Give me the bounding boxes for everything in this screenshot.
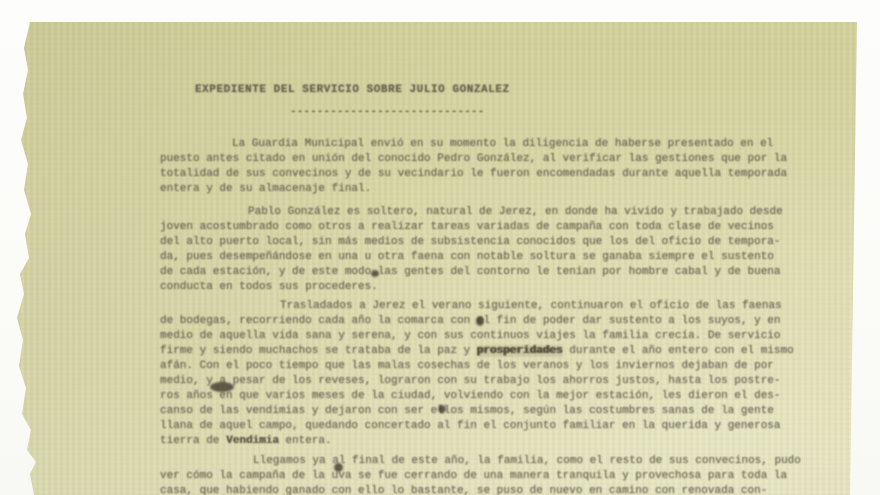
typed-line: del alto puerto local, sin más medios de… (160, 235, 800, 250)
overstruck-word: prosperidades (477, 345, 563, 357)
typed-line: llana de aquel campo, quedando concertad… (160, 419, 800, 434)
ink-blot (438, 405, 446, 413)
typewritten-text: EXPEDIENTE DEL SERVICIO SOBRE JULIO GONZ… (160, 84, 800, 495)
typed-line: ver cómo la campaña de la uva se fue cer… (160, 469, 800, 484)
typed-line: conducta en todos sus procederes. (160, 280, 800, 295)
ink-blot (334, 463, 343, 472)
line-text: entera. (279, 435, 332, 447)
typed-line: medio, y a pesar de los reveses, lograro… (160, 374, 800, 389)
typed-line: puesto antes citado en unión del conocid… (160, 152, 800, 167)
paragraph-4: Llegamos ya al final de este año, la fam… (160, 454, 800, 495)
typed-line: La Guardia Municipal envió en su momento… (232, 137, 800, 152)
typed-line: de cada estación, y de este modo las gen… (160, 265, 800, 280)
typed-line: casa, que habiendo ganado con ello lo ba… (160, 484, 800, 495)
ink-blot (210, 382, 234, 392)
paragraph-2: Pablo González es soltero, natural de Je… (160, 205, 800, 295)
document-title: EXPEDIENTE DEL SERVICIO SOBRE JULIO GONZ… (195, 84, 800, 96)
paragraph-1: La Guardia Municipal envió en su momento… (160, 137, 800, 197)
typed-line: medio de aquella vida sana y serena, y c… (160, 329, 800, 344)
typed-line: ros años en que varios meses de la ciuda… (160, 389, 800, 404)
typed-line: Trasladados a Jerez el verano siguiente,… (280, 299, 800, 314)
ink-blot (371, 270, 379, 277)
typed-line: canso de las vendimias y dejaron con ser… (160, 404, 800, 419)
typed-line: joven acostumbrado como otros a realizar… (160, 220, 800, 235)
typed-line: totalidad de sus convecinos y de su veci… (160, 167, 800, 182)
line-text: tierra de (160, 435, 226, 447)
scan-background: EXPEDIENTE DEL SERVICIO SOBRE JULIO GONZ… (0, 0, 880, 495)
typed-line-with-smudge: tierra de Vendimia entera. (160, 434, 800, 449)
ink-blot (476, 316, 484, 326)
title-underline: ----------------------------- (290, 106, 800, 118)
line-text: durante el año entero con el mismo (563, 345, 794, 357)
typed-line-with-overstrike: firme y siendo muchachos se trataba de l… (160, 344, 800, 359)
line-text: firme y siendo muchachos se trataba de l… (160, 345, 477, 357)
smudged-word: Vendimia (226, 435, 279, 447)
typed-line: da, pues desempeñándose en una u otra fa… (160, 250, 800, 265)
typed-line: Pablo González es soltero, natural de Je… (248, 205, 800, 220)
typed-line: afán. Con el poco tiempo que las malas c… (160, 359, 800, 374)
typed-line: entera y de su almacenaje final. (160, 182, 800, 197)
